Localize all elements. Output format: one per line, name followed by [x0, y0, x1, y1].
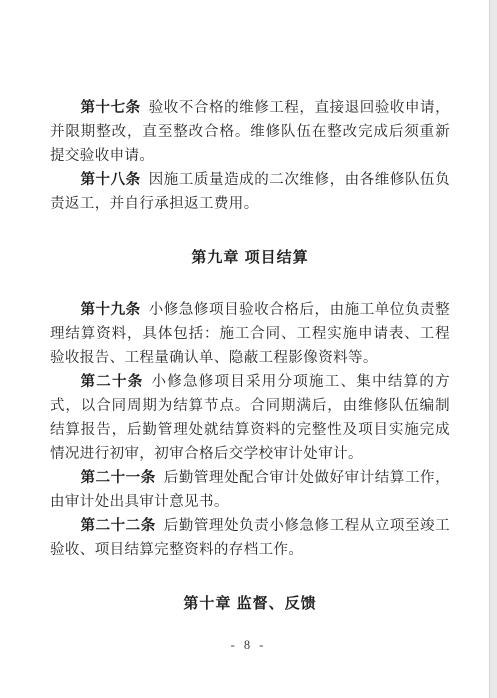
chapter-10-heading: 第十章 监督、反馈 [50, 592, 450, 616]
paragraph-article-21: 第二十一条后勤管理处配合审计处做好审计结算工作，由审计处出具审计意见书。 [50, 466, 450, 514]
scan-edge-shadow [489, 0, 497, 698]
paragraph-article-19: 第十九条小修急修项目验收合格后，由施工单位负责整理结算资料，具体包括：施工合同、… [50, 298, 450, 370]
article-19-number: 第十九条 [80, 302, 140, 318]
paragraph-article-17: 第十七条验收不合格的维修工程，直接退回验收申请，并限期整改，直至整改合格。维修队… [50, 96, 450, 168]
page-number-text: - 8 - [231, 638, 267, 652]
paragraph-article-20: 第二十条小修急修项目采用分项施工、集中结算的方式，以合同周期为结算节点。合同期满… [50, 370, 450, 466]
document-content: 第十七条验收不合格的维修工程，直接退回验收申请，并限期整改，直至整改合格。维修队… [50, 96, 450, 644]
article-22-number: 第二十二条 [80, 518, 155, 534]
article-21-number: 第二十一条 [80, 470, 155, 486]
article-18-number: 第十八条 [80, 172, 140, 188]
page-number: - 8 - [0, 638, 497, 653]
article-17-number: 第十七条 [80, 100, 140, 116]
chapter-9-heading: 第九章 项目结算 [50, 246, 450, 270]
paragraph-article-18: 第十八条因施工质量造成的二次维修，由各维修队伍负责返工，并自行承担返工费用。 [50, 168, 450, 216]
article-20-number: 第二十条 [80, 374, 143, 390]
paragraph-article-22: 第二十二条后勤管理处负责小修急修工程从立项至竣工验收、项目结算完整资料的存档工作… [50, 514, 450, 562]
document-page: 第十七条验收不合格的维修工程，直接退回验收申请，并限期整改，直至整改合格。维修队… [0, 0, 497, 698]
